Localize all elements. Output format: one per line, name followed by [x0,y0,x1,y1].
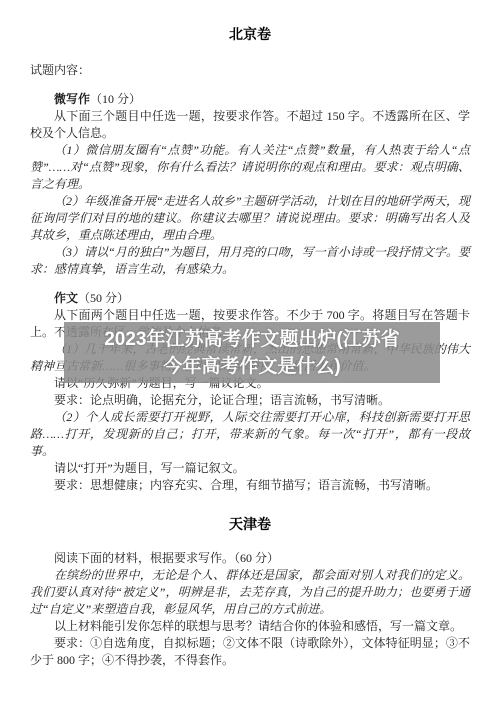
watermark-line-2: 今年高考作文是什么) [163,353,340,380]
micro-writing-item-3: （3）请以“月的独白”为题目，用月亮的口吻，写一首小诗或一段抒情文字。要求：感情… [30,244,470,278]
micro-writing-item-2: （2）年级准备开展“走进名人故乡”主题研学活动，计划在目的地研学两天，现征询同学… [30,193,470,244]
content-label: 试题内容： [30,62,470,79]
tianjin-prompt: 以上材料能引发你怎样的联想与思考？请结合你的体验和感悟，写一篇文章。 [30,618,470,635]
tianjin-section: 天津卷 阅读下面的材料，根据要求写作。（60 分） 在缤纷的世界中，无论是个人、… [30,516,470,669]
essay-heading-score: （50 分） [78,291,129,305]
essay-item-1-requirements: 要求：论点明确，论据充分，论证合理；语言流畅，书写清晰。 [30,392,470,409]
essay-heading: 作文（50 分） [30,290,470,307]
tianjin-paper-title: 天津卷 [30,516,470,536]
watermark-overlay: 2023年江苏高考作文题出炉(江苏省 今年高考作文是什么) [64,322,440,383]
beijing-section: 北京卷 试题内容： 微写作（10 分） 从下面三个题目中任选一题，按要求作答。不… [30,26,470,494]
document-page: 北京卷 试题内容： 微写作（10 分） 从下面三个题目中任选一题，按要求作答。不… [0,0,500,706]
essay-heading-bold: 作文 [54,291,78,305]
micro-writing-heading-bold: 微写作 [54,92,90,106]
tianjin-intro: 阅读下面的材料，根据要求写作。（60 分） [30,550,470,567]
tianjin-requirements: 要求：①自选角度，自拟标题；②文体不限（诗歌除外），文体特征明显；③不少于 80… [30,635,470,669]
watermark-line-1: 2023年江苏高考作文题出炉(江苏省 [104,326,400,353]
essay-item-2-request: 请以“打开”为题目，写一篇记叙文。 [30,460,470,477]
micro-writing-item-1: （1）微信朋友圈有“点赞”功能。有人关注“点赞”数量，有人热衷于给人“点赞”……… [30,142,470,193]
beijing-paper-title: 北京卷 [30,26,470,46]
micro-writing-heading-score: （10 分） [90,92,141,106]
micro-writing-heading: 微写作（10 分） [30,91,470,108]
tianjin-material: 在缤纷的世界中，无论是个人、群体还是国家，都会面对别人对我们的定义。我们要认真对… [30,567,470,618]
micro-writing-intro: 从下面三个题目中任选一题，按要求作答。不超过 150 字。不透露所在区、学校及个… [30,108,470,142]
essay-item-2: （2）个人成长需要打开视野，人际交往需要打开心扉，科技创新需要打开思路……打开，… [30,409,470,460]
essay-item-2-requirements: 要求：思想健康；内容充实、合理，有细节描写；语言流畅，书写清晰。 [30,477,470,494]
